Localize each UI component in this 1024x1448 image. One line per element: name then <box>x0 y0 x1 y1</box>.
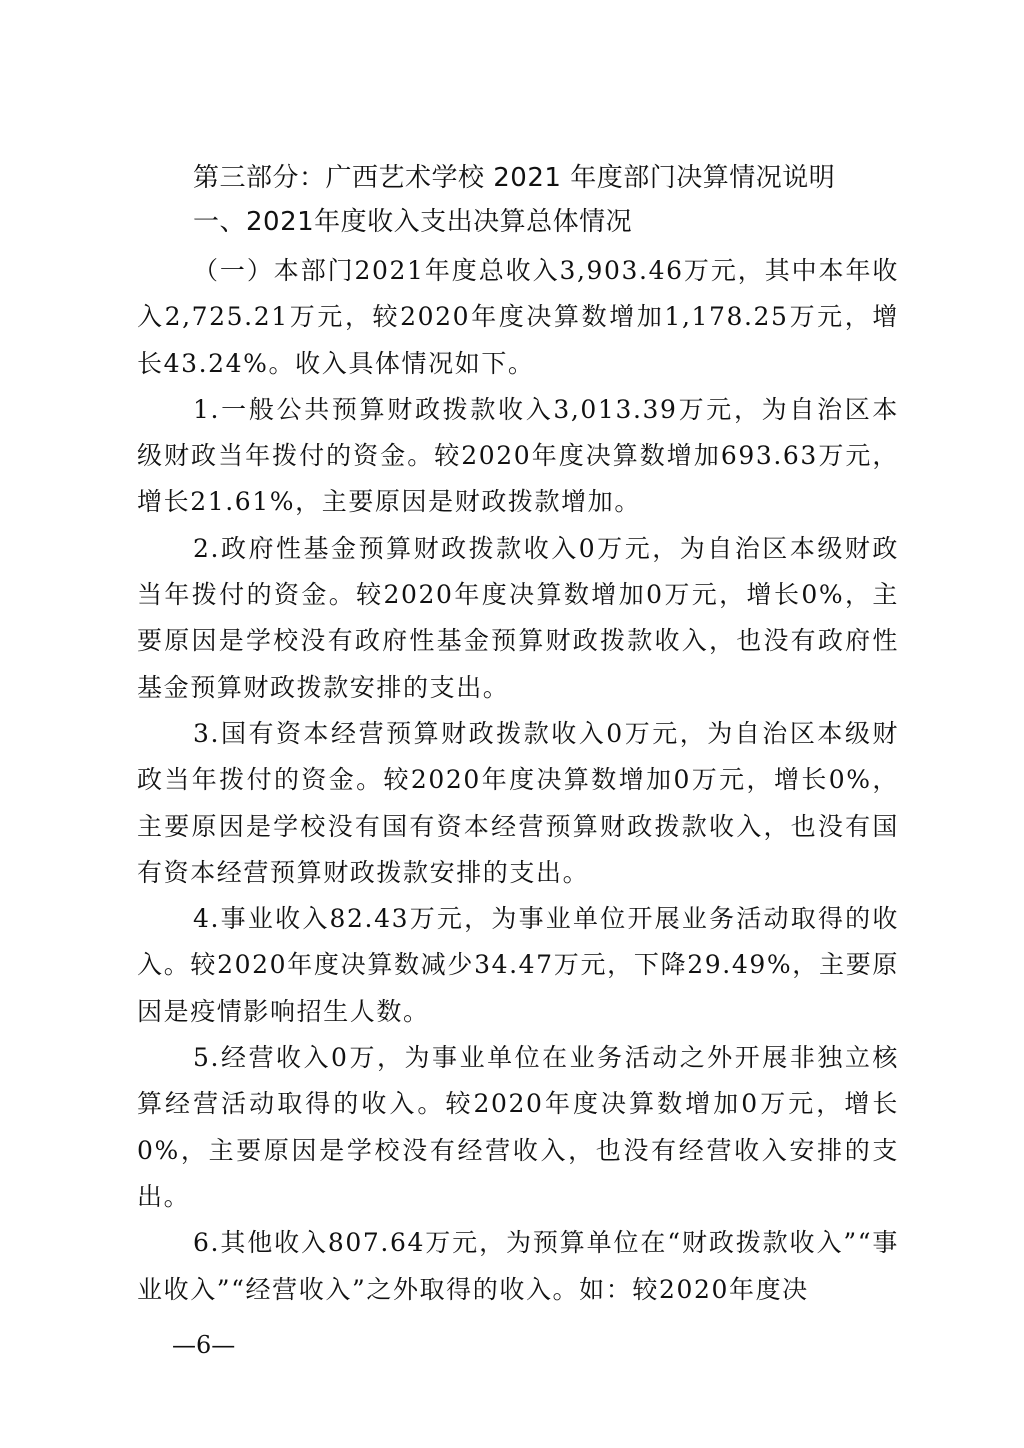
paragraph-general-budget-income: 1.一般公共预算财政拨款收入3,013.39万元，为自治区本级财政当年拨付的资金… <box>137 387 899 526</box>
paragraph-total-income: （一）本部门2021年度总收入3,903.46万元，其中本年收入2,725.21… <box>137 248 899 387</box>
page-number: —6— <box>172 1330 235 1360</box>
paragraph-other-income: 6.其他收入807.64万元，为预算单位在“财政拨款收入”“事业收入”“经营收入… <box>137 1220 899 1313</box>
document-body: （一）本部门2021年度总收入3,903.46万元，其中本年收入2,725.21… <box>137 248 899 1313</box>
paragraph-business-income: 4.事业收入82.43万元，为事业单位开展业务活动取得的收入。较2020年度决算… <box>137 896 899 1035</box>
paragraph-government-fund-income: 2.政府性基金预算财政拨款收入0万元，为自治区本级财政当年拨付的资金。较2020… <box>137 526 899 711</box>
paragraph-state-capital-income: 3.国有资本经营预算财政拨款收入0万元，为自治区本级财政当年拨付的资金。较202… <box>137 711 899 896</box>
document-title: 第三部分：广西艺术学校 2021 年度部门决算情况说明 <box>193 158 835 198</box>
document-page: 第三部分：广西艺术学校 2021 年度部门决算情况说明 一、2021年度收入支出… <box>0 0 1024 1448</box>
section-heading: 一、2021年度收入支出决算总体情况 <box>193 202 632 242</box>
paragraph-operating-income: 5.经营收入0万，为事业单位在业务活动之外开展非独立核算经营活动取得的收入。较2… <box>137 1035 899 1220</box>
